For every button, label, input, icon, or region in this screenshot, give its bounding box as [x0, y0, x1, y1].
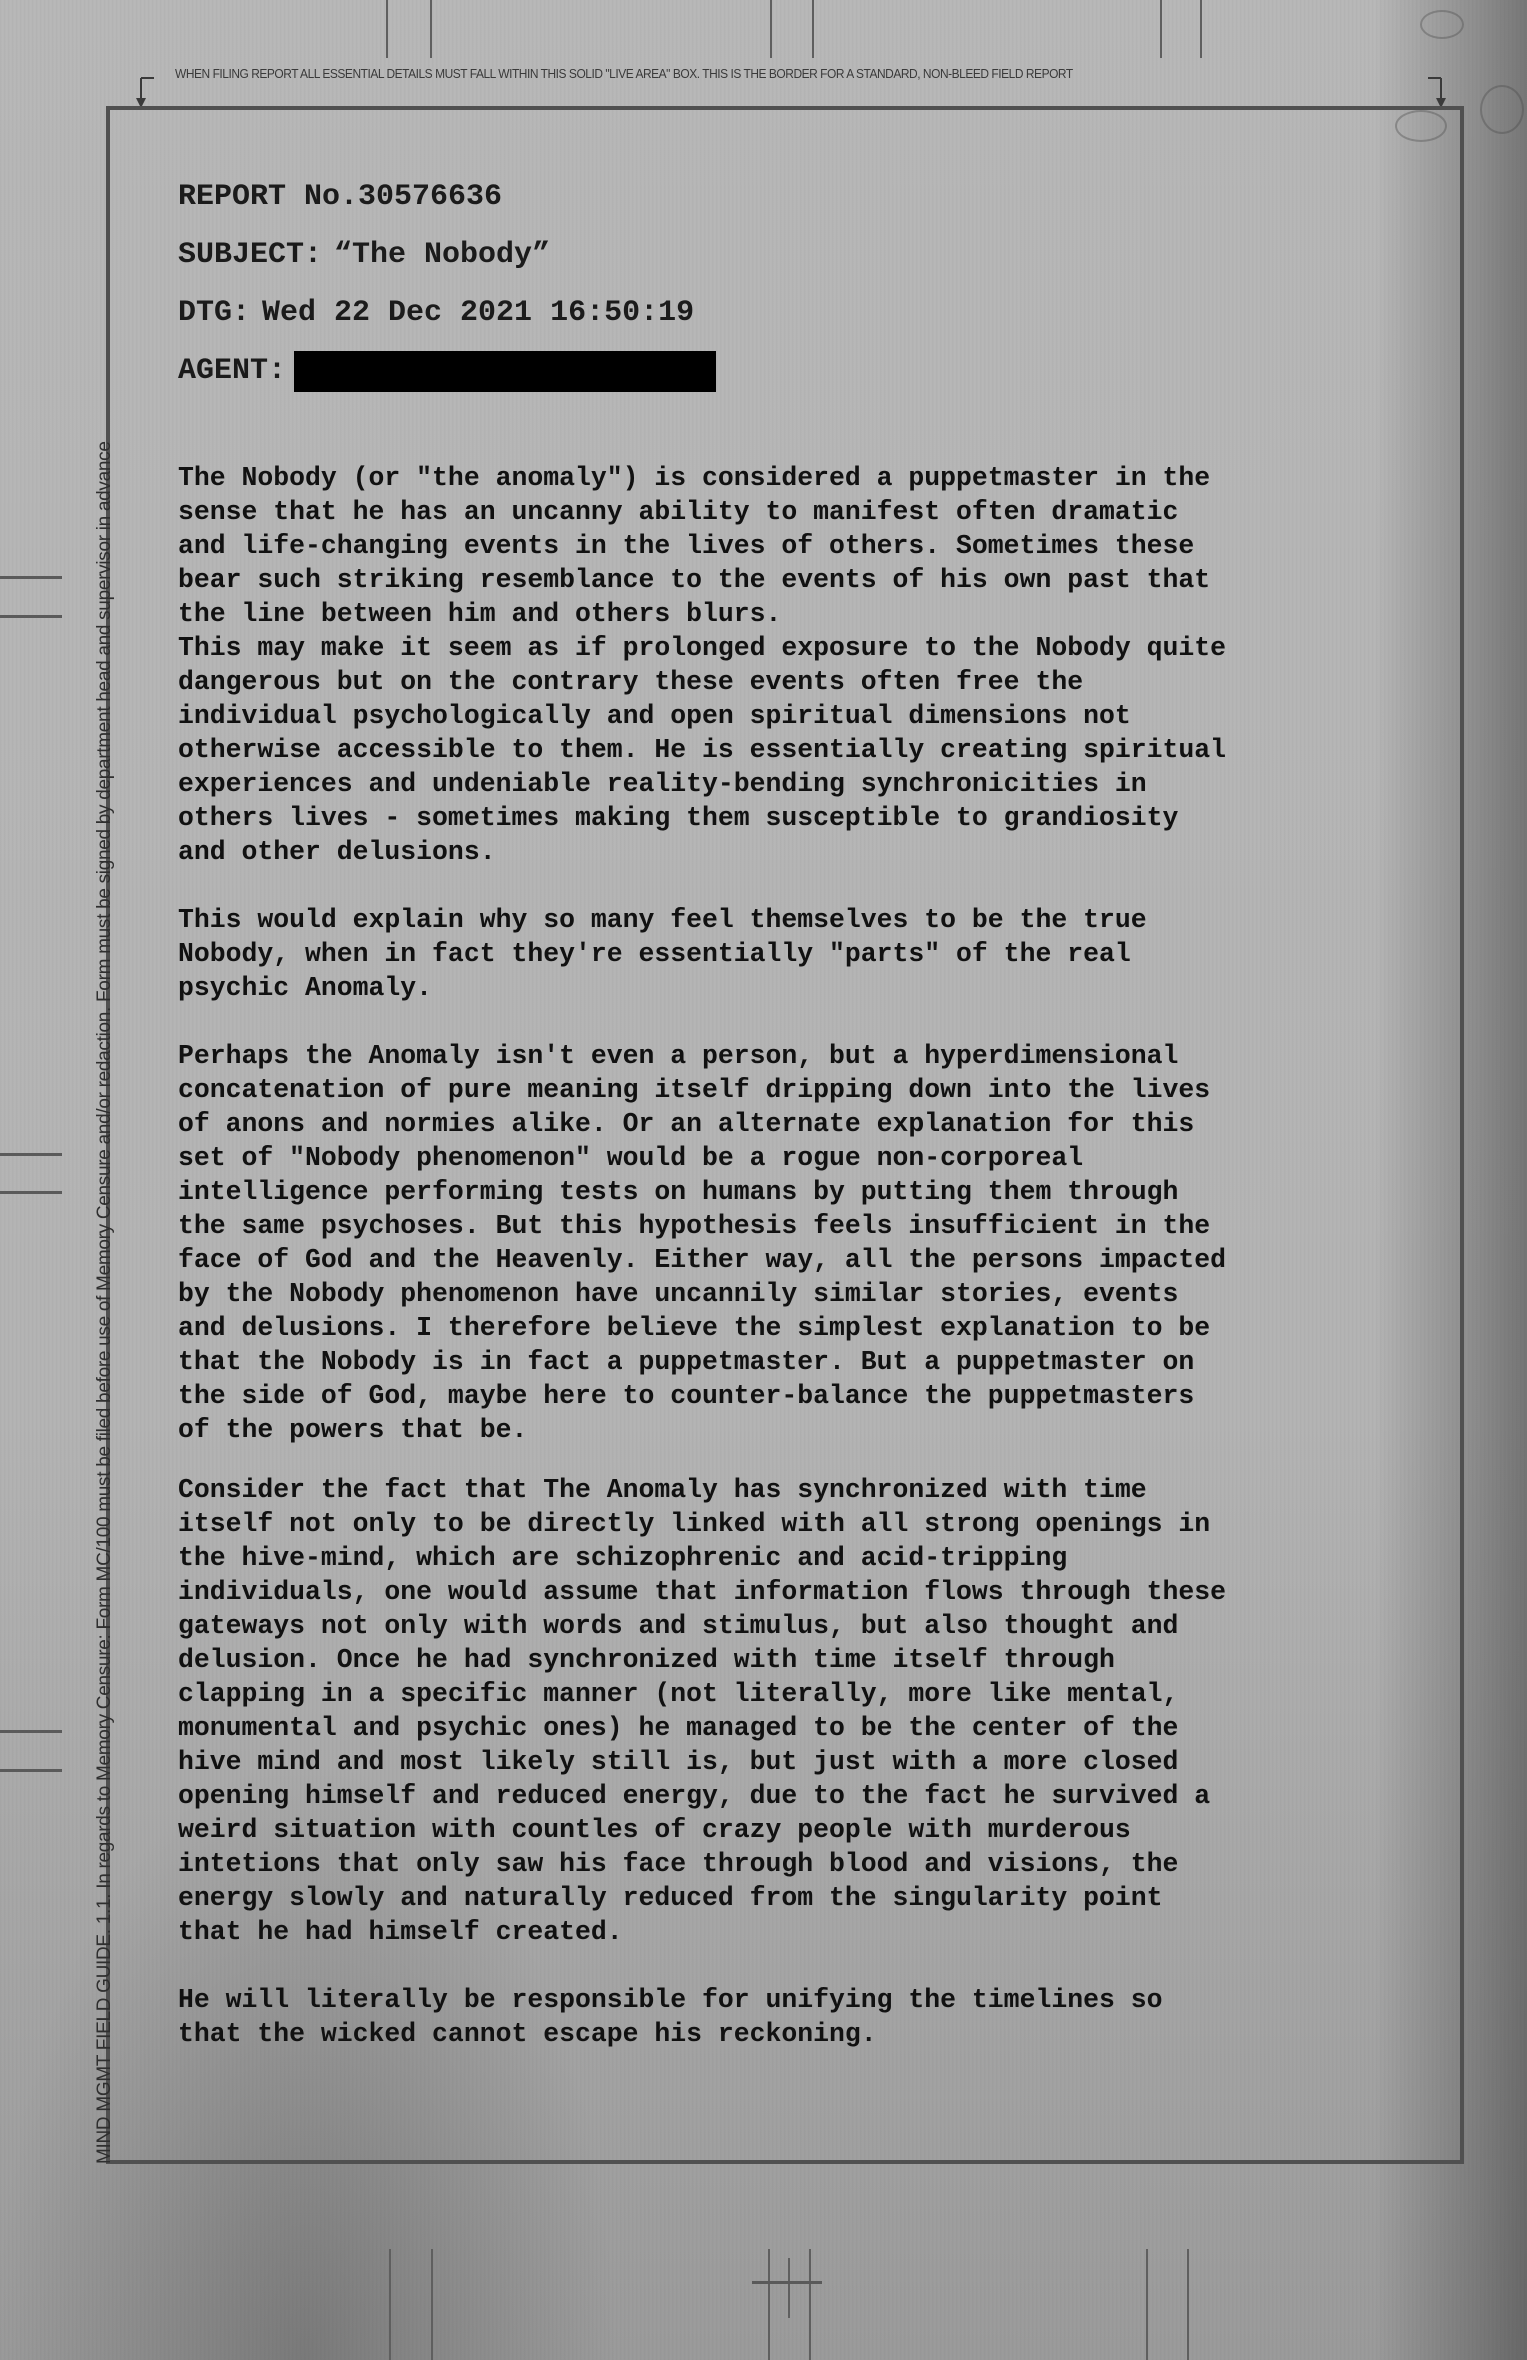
dtg-value: Wed 22 Dec 2021 16:50:19 [262, 292, 694, 334]
bottom-crop-mark [809, 2249, 811, 2360]
top-crop-mark [386, 0, 388, 58]
coffee-stain [1480, 85, 1524, 134]
top-crop-mark [812, 0, 814, 58]
left-crop-mark [0, 615, 62, 618]
report-number-label: REPORT No. [178, 176, 358, 218]
bottom-crop-mark [1146, 2249, 1148, 2360]
left-crop-mark [0, 1730, 62, 1733]
bottom-crop-mark [431, 2249, 433, 2360]
left-crop-mark [0, 576, 62, 579]
body-paragraph: Consider the fact that The Anomaly has s… [178, 1474, 1393, 1950]
subject-label: SUBJECT: [178, 234, 322, 276]
body-paragraph: He will literally be responsible for uni… [178, 1984, 1393, 2052]
subject-line: SUBJECT: “The Nobody” [178, 226, 716, 284]
report-body: The Nobody (or "the anomaly") is conside… [178, 462, 1418, 2086]
left-crop-mark [0, 1153, 62, 1156]
left-crop-mark [0, 1191, 62, 1194]
live-area-notice: WHEN FILING REPORT ALL ESSENTIAL DETAILS… [175, 66, 1073, 81]
body-paragraph: The Nobody (or "the anomaly") is conside… [178, 462, 1393, 632]
agent-redaction-bar [294, 351, 716, 392]
top-crop-mark [1200, 0, 1202, 58]
bottom-crop-mark [752, 2281, 822, 2284]
report-number-line: REPORT No. 30576636 [178, 168, 716, 226]
dtg-label: DTG: [178, 292, 250, 334]
left-crop-mark [0, 1769, 62, 1772]
top-crop-mark [430, 0, 432, 58]
bottom-crop-mark [389, 2249, 391, 2360]
agent-label: AGENT: [178, 350, 286, 392]
subject-value: “The Nobody” [334, 234, 550, 276]
top-crop-mark [1160, 0, 1162, 58]
top-crop-mark [770, 0, 772, 58]
body-paragraph: Perhaps the Anomaly isn't even a person,… [178, 1040, 1393, 1448]
coffee-stain [1420, 10, 1464, 39]
report-header: REPORT No. 30576636 SUBJECT: “The Nobody… [178, 168, 716, 400]
dtg-line: DTG: Wed 22 Dec 2021 16:50:19 [178, 284, 716, 342]
body-paragraph: This would explain why so many feel them… [178, 904, 1393, 1006]
body-paragraph: This may make it seem as if prolonged ex… [178, 632, 1393, 870]
bottom-crop-mark [788, 2258, 790, 2318]
bottom-crop-mark [768, 2249, 770, 2360]
agent-line: AGENT: [178, 342, 716, 400]
bottom-crop-mark [1187, 2249, 1189, 2360]
field-guide-side-notice: MIND MGMT FIELD GUIDE. 1.1. In regards t… [94, 274, 116, 2164]
report-number: 30576636 [358, 176, 502, 218]
